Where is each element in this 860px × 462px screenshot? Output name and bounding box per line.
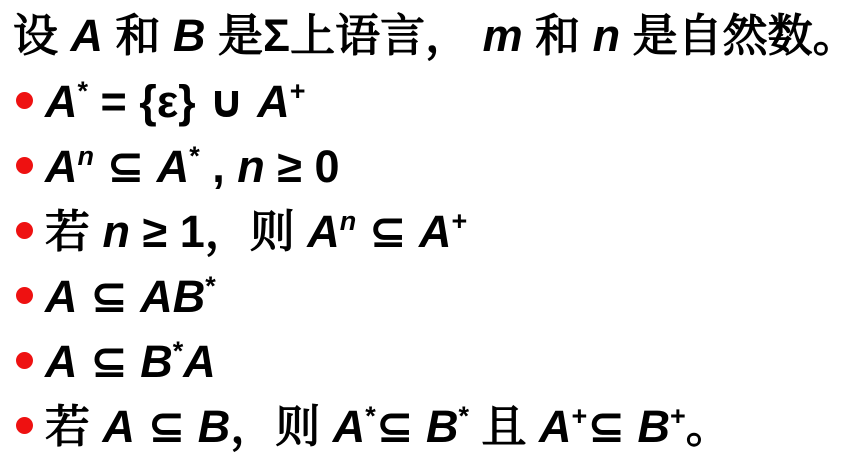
cjk-text: 和: [523, 13, 593, 58]
math-variable: A: [183, 336, 216, 387]
math-symbol: ≥ 1: [130, 206, 205, 257]
bullet-item-1: A* = {ε} ∪ A+: [13, 68, 860, 133]
math-variable: B: [140, 336, 173, 387]
math-variable: A: [71, 13, 104, 58]
math-symbol: ⊆: [78, 271, 141, 322]
math-variable: B: [426, 401, 459, 452]
math-symbol: ≥ 0: [265, 141, 340, 192]
bullet-text-5: A ⊆ B*A: [45, 338, 216, 384]
slide: 设 A 和 B 是Σ上语言， m 和 n 是自然数。 A* = {ε} ∪ A+…: [0, 0, 860, 462]
bullet-text-1: A* = {ε} ∪ A+: [45, 78, 306, 124]
bullet-item-6: 若 A ⊆ B，则 A*⊆ B* 且 A+⊆ B+。: [13, 393, 860, 458]
math-variable: B: [638, 401, 671, 452]
bullet-dot-icon: [16, 222, 33, 239]
bullet-dot-icon: [16, 157, 33, 174]
math-variable: B: [198, 401, 231, 452]
math-symbol: Σ: [263, 13, 290, 58]
math-variable: A: [333, 401, 366, 452]
cjk-text: 是: [206, 13, 264, 58]
math-variable: A: [419, 206, 452, 257]
cjk-text: 设: [13, 13, 71, 58]
cjk-text: 和: [103, 13, 173, 58]
bullet-item-3: 若 n ≥ 1，则 An ⊆ A+: [13, 198, 860, 263]
math-symbol: ⊆: [78, 336, 141, 387]
math-symbol: ⊆: [376, 401, 426, 452]
cjk-text: ，则: [230, 401, 333, 452]
superscript: *: [78, 76, 89, 106]
superscript: *: [173, 336, 184, 366]
math-symbol: } ∪: [178, 76, 257, 127]
math-variable: A: [257, 76, 290, 127]
math-symbol: ⊆: [587, 401, 637, 452]
superscript: +: [670, 401, 686, 431]
cjk-text: 若: [45, 206, 103, 257]
slide-title: 设 A 和 B 是Σ上语言， m 和 n 是自然数。: [13, 2, 860, 68]
bullet-dot-icon: [16, 417, 33, 434]
bullet-dot-icon: [16, 352, 33, 369]
bullet-item-5: A ⊆ B*A: [13, 328, 860, 393]
bullet-text-2: An ⊆ A* , n ≥ 0: [45, 143, 339, 189]
superscript: +: [451, 206, 467, 236]
bullet-text-6: 若 A ⊆ B，则 A*⊆ B* 且 A+⊆ B+。: [45, 403, 731, 449]
bullet-text-3: 若 n ≥ 1，则 An ⊆ A+: [45, 208, 467, 254]
math-variable: A: [45, 336, 78, 387]
math-variable: A: [103, 401, 136, 452]
bullet-text-4: A ⊆ AB*: [45, 273, 216, 319]
superscript: *: [205, 271, 216, 301]
math-symbol: ⊆: [356, 206, 419, 257]
math-variable: n: [103, 206, 131, 257]
math-variable: m: [483, 13, 523, 58]
bullet-dot-icon: [16, 92, 33, 109]
math-symbol: ,: [200, 141, 238, 192]
math-variable: B: [173, 13, 206, 58]
bullet-item-2: An ⊆ A* , n ≥ 0: [13, 133, 860, 198]
math-symbol: ⊆: [135, 401, 198, 452]
math-variable: A: [307, 206, 340, 257]
superscript: *: [189, 141, 200, 171]
math-symbol: = {: [88, 76, 157, 127]
math-symbol: ε: [157, 76, 178, 127]
cjk-text: 是自然数。: [620, 13, 858, 58]
math-variable: A: [539, 401, 572, 452]
math-variable: A: [45, 271, 78, 322]
cjk-text: 若: [45, 401, 103, 452]
bullet-item-4: A ⊆ AB*: [13, 263, 860, 328]
math-variable: n: [237, 141, 265, 192]
bullet-dot-icon: [16, 287, 33, 304]
superscript: *: [458, 401, 469, 431]
math-variable: A: [45, 141, 78, 192]
math-symbol: ⊆: [94, 141, 157, 192]
math-variable: AB: [140, 271, 205, 322]
cjk-text: 。: [686, 401, 731, 452]
cjk-text: 且: [469, 401, 539, 452]
superscript: +: [290, 76, 306, 106]
cjk-text: ，则: [205, 206, 308, 257]
math-variable: A: [45, 76, 78, 127]
math-variable: n: [593, 13, 621, 58]
superscript: +: [572, 401, 588, 431]
superscript: n: [340, 206, 357, 236]
math-variable: A: [157, 141, 190, 192]
cjk-text: 上语言，: [290, 13, 483, 58]
superscript: n: [78, 141, 95, 171]
superscript: *: [365, 401, 376, 431]
